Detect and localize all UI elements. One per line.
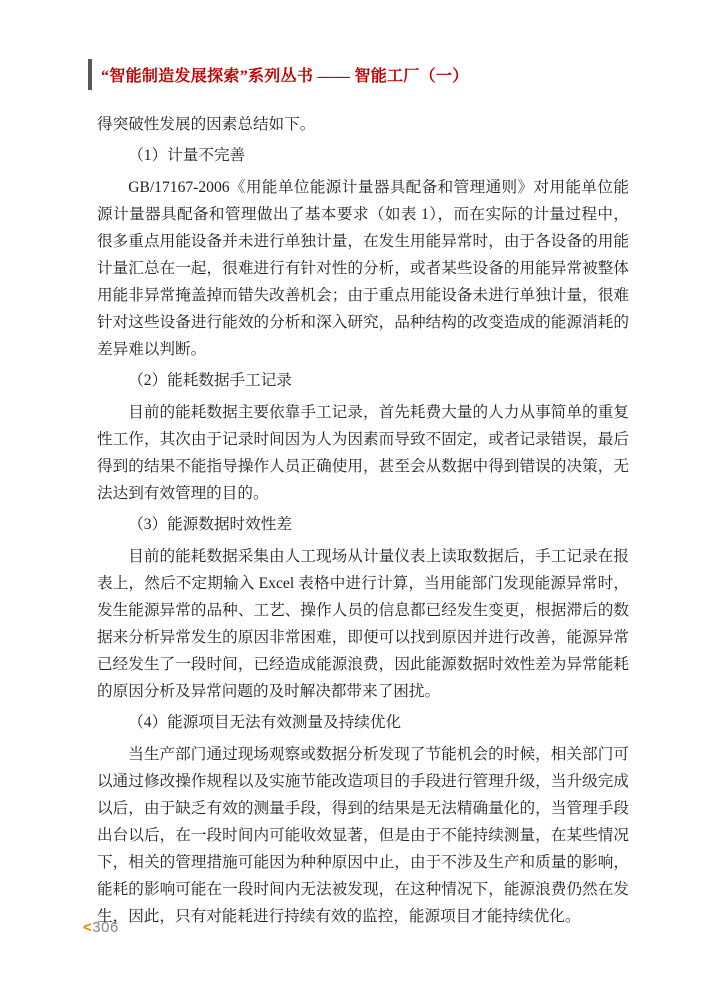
- section-2-heading: （2）能耗数据手工记录: [97, 367, 629, 394]
- section-4-heading: （4）能源项目无法有效测量及持续优化: [97, 709, 629, 736]
- page-body: 得突破性发展的因素总结如下。 （1）计量不完善 GB/17167-2006《用能…: [97, 111, 629, 930]
- series-title: “智能制造发展探索”系列丛书 —— 智能工厂（一）: [101, 63, 469, 86]
- book-page: “智能制造发展探索”系列丛书 —— 智能工厂（一） 得突破性发展的因素总结如下。…: [0, 0, 721, 1005]
- page-marker-icon: <: [83, 919, 92, 936]
- section-3-heading: （3）能源数据时效性差: [97, 511, 629, 538]
- page-header: “智能制造发展探索”系列丛书 —— 智能工厂（一）: [88, 59, 469, 90]
- header-rule: [88, 59, 92, 90]
- section-1-heading: （1）计量不完善: [97, 142, 629, 169]
- section-4-paragraph: 当生产部门通过现场观察或数据分析发现了节能机会的时候，相关部门可以通过修改操作规…: [97, 741, 629, 930]
- section-1-paragraph: GB/17167-2006《用能单位能源计量器具配备和管理通则》对用能单位能源计…: [97, 174, 629, 363]
- page-footer: <306: [83, 919, 119, 936]
- section-2-paragraph: 目前的能耗数据主要依靠手工记录，首先耗费大量的人力从事简单的重复性工作，其次由于…: [97, 399, 629, 507]
- intro-line: 得突破性发展的因素总结如下。: [97, 111, 629, 138]
- section-3-paragraph: 目前的能耗数据采集由人工现场从计量仪表上读取数据后，手工记录在报表上，然后不定期…: [97, 543, 629, 705]
- page-number: 306: [92, 919, 119, 936]
